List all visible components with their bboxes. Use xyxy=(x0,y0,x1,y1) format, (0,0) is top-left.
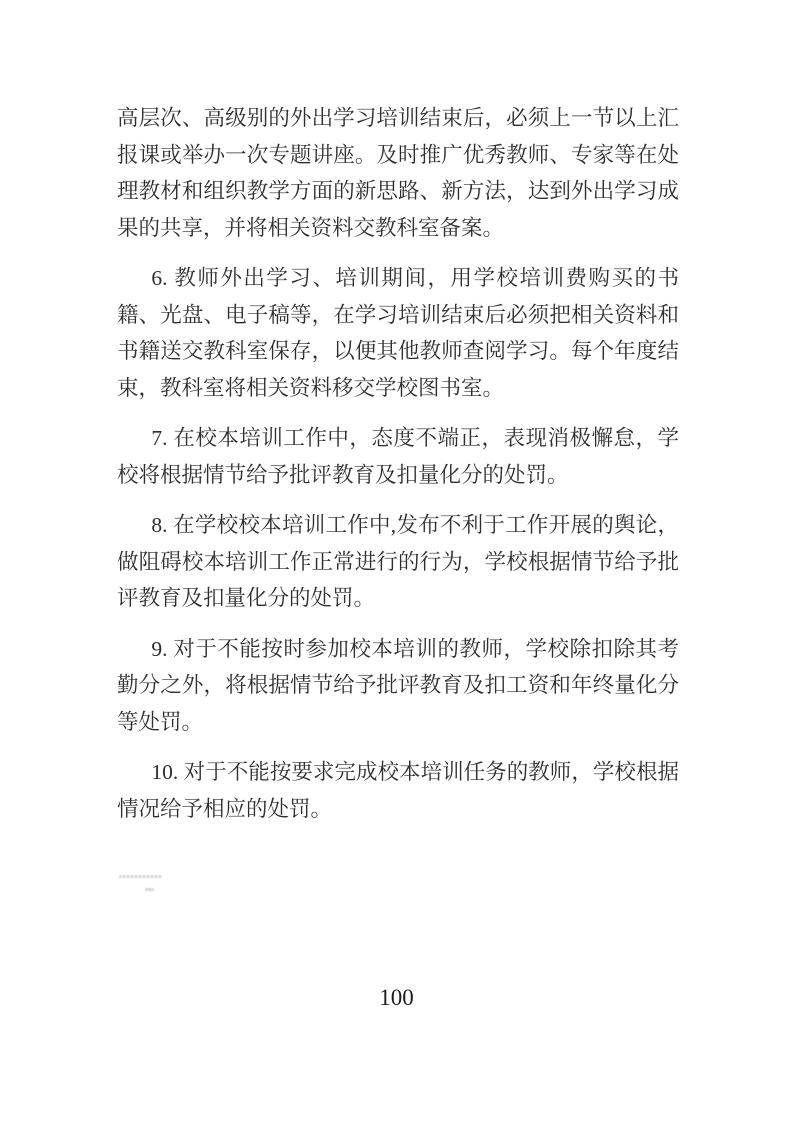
paragraph-item-10: 10. 对于不能按要求完成校本培训任务的教师，学校根据情况给予相应的处罚。 xyxy=(117,754,679,827)
paragraph-continuation: 高层次、高级别的外出学习培训结束后，必须上一节以上汇报课或举办一次专题讲座。及时… xyxy=(117,100,679,246)
paragraph-item-6: 6. 教师外出学习、培训期间，用学校培训费购买的书籍、光盘、电子稿等，在学习培训… xyxy=(117,260,679,406)
document-page: 高层次、高级别的外出学习培训结束后，必须上一节以上汇报课或举办一次专题讲座。及时… xyxy=(0,0,793,1122)
page-number: 100 xyxy=(0,985,793,1011)
scan-artifact xyxy=(119,875,162,878)
paragraph-item-8: 8. 在学校校本培训工作中,发布不利于工作开展的舆论，做阻碍校本培训工作正常进行… xyxy=(117,507,679,617)
body-text-block: 高层次、高级别的外出学习培训结束后，必须上一节以上汇报课或举办一次专题讲座。及时… xyxy=(117,100,679,841)
paragraph-item-9: 9. 对于不能按时参加校本培训的教师，学校除扣除其考勤分之外，将根据情节给予批评… xyxy=(117,631,679,741)
scan-artifact xyxy=(145,888,154,891)
paragraph-item-7: 7. 在校本培训工作中，态度不端正，表现消极懈怠，学校将根据情节给予批评教育及扣… xyxy=(117,420,679,493)
